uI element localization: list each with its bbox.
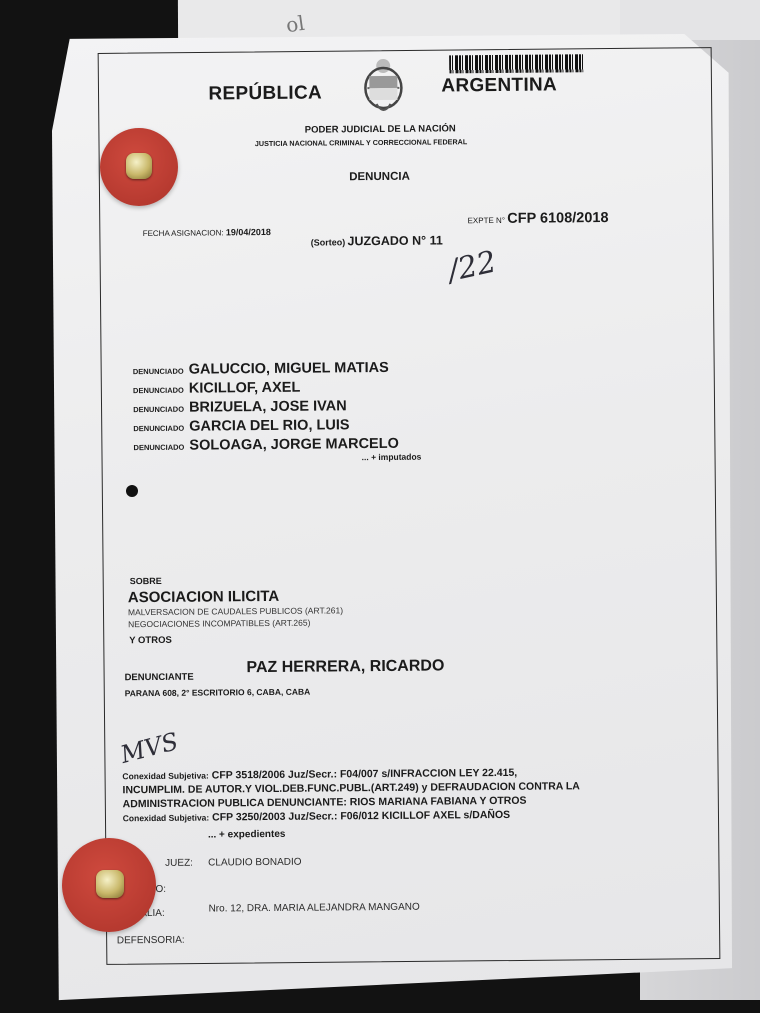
case-number: EXPTE N° CFP 6108/2018 (467, 210, 608, 227)
accused-name: KICILLOF, AXEL (189, 380, 301, 397)
court-prefix: (Sorteo) (311, 237, 346, 247)
fastener-head (96, 870, 124, 898)
fastener-top (100, 128, 178, 206)
accused-name: GALUCCIO, MIGUEL MATIAS (189, 360, 389, 378)
accused-name: BRIZUELA, JOSE IVAN (189, 398, 347, 415)
accused-name: SOLOAGA, JORGE MARCELO (189, 436, 399, 454)
more-files: ... + expedientes (208, 829, 286, 841)
handwritten-folio: /22 (445, 244, 500, 289)
assignment-date: FECHA ASIGNACION: 19/04/2018 (143, 227, 271, 238)
accused-row: DENUNCIADO SOLOAGA, JORGE MARCELO (133, 436, 398, 457)
connected-cases: Conexidad Subjetiva: CFP 3518/2006 Juz/S… (122, 765, 580, 825)
case-number-value: CFP 6108/2018 (507, 210, 608, 227)
document-type: DENUNCIA (349, 171, 410, 184)
accused-row: DENUNCIADO KICILLOF, AXEL (133, 379, 398, 400)
complainant-address: PARANA 608, 2° ESCRITORIO 6, CABA, CABA (125, 687, 311, 699)
defender-label: DEFENSORIA: (117, 935, 185, 947)
barcode (449, 54, 583, 73)
jurisdiction-title: JUSTICIA NACIONAL CRIMINAL Y CORRECCIONA… (255, 137, 467, 148)
assignment-date-value: 19/04/2018 (226, 227, 271, 237)
accused-label: DENUNCIADO (133, 443, 184, 452)
complainant-name: PAZ HERRERA, RICARDO (246, 657, 444, 677)
connected-case-label: Conexidad Subjetiva: (122, 771, 209, 782)
accused-list: DENUNCIADO GALUCCIO, MIGUEL MATIAS DENUN… (133, 360, 399, 457)
assignment-date-label: FECHA ASIGNACION: (143, 228, 224, 238)
punch-hole (126, 485, 138, 497)
judge-label: JUEZ: (165, 858, 193, 869)
complainant-label: DENUNCIANTE (124, 672, 193, 684)
accused-row: DENUNCIADO GALUCCIO, MIGUEL MATIAS (133, 360, 398, 381)
header-argentina: ARGENTINA (441, 74, 557, 97)
connected-case: Conexidad Subjetiva: CFP 3250/2003 Juz/S… (123, 807, 580, 825)
court: (Sorteo) JUZGADO N° 11 (311, 233, 443, 248)
accused-row: DENUNCIADO GARCIA DEL RIO, LUIS (133, 417, 398, 438)
accused-name: GARCIA DEL RIO, LUIS (189, 417, 349, 434)
accused-label: DENUNCIADO (133, 405, 184, 414)
accused-label: DENUNCIADO (133, 367, 184, 376)
coat-of-arms-icon (360, 58, 407, 116)
institution-title: PODER JUDICIAL DE LA NACIÓN (305, 123, 456, 135)
handwritten-initials: MVS (118, 727, 182, 769)
offense-main: ASOCIACION ILICITA (128, 588, 280, 606)
connected-case-label: Conexidad Subjetiva: (123, 813, 210, 824)
fastener-bottom (62, 838, 156, 932)
connected-case-text: CFP 3250/2003 Juz/Secr.: F06/012 KICILLO… (212, 809, 510, 824)
offense-others: Y OTROS (129, 635, 172, 646)
accused-label: DENUNCIADO (133, 424, 184, 433)
offense-sub: MALVERSACION DE CAUDALES PUBLICOS (ART.2… (128, 605, 343, 617)
offense-label: SOBRE (130, 576, 162, 586)
more-accused: ... + imputados (362, 452, 422, 463)
case-number-label: EXPTE N° (468, 216, 506, 225)
court-value: JUZGADO N° 11 (347, 233, 442, 248)
judge-value: CLAUDIO BONADIO (208, 857, 301, 869)
prosecutor-value: Nro. 12, DRA. MARIA ALEJANDRA MANGANO (209, 902, 420, 915)
accused-row: DENUNCIADO BRIZUELA, JOSE IVAN (133, 398, 398, 419)
offense-sub: NEGOCIACIONES INCOMPATIBLES (ART.265) (128, 618, 310, 630)
fastener-head (126, 153, 152, 179)
accused-label: DENUNCIADO (133, 386, 184, 395)
header-republica: REPÚBLICA (208, 82, 322, 105)
